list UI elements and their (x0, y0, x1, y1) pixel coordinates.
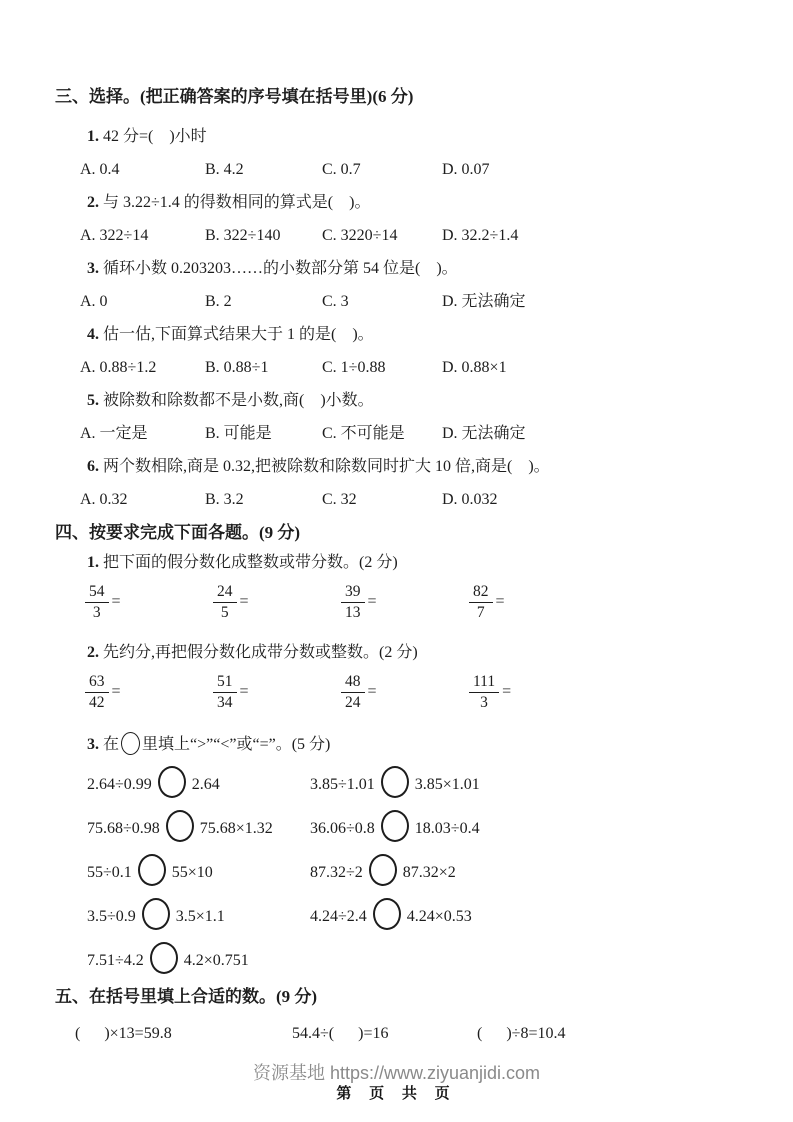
question-number: 1. (87, 128, 99, 145)
question-line-2: 2.与 3.22÷1.4 的得数相同的算式是( )。 (87, 192, 753, 214)
fill-blank-expression: ( )÷8=10.4 (477, 1022, 753, 1046)
answer-circle (158, 766, 186, 798)
expression-right: 3.5×1.1 (176, 908, 225, 925)
option-a: A. 0.32 (80, 489, 205, 511)
fraction-expression: 6342 = (85, 670, 213, 714)
question-text: 估一估,下面算式结果大于 1 的是( )。 (103, 326, 374, 343)
options-row-3: A. 0 B. 2 C. 3 D. 无法确定 (80, 291, 753, 313)
fraction-expression: 4824 = (341, 670, 469, 714)
option-d: D. 0.88×1 (442, 357, 753, 379)
comparison-row: 75.68÷0.9875.68×1.32 36.06÷0.818.03÷0.4 (87, 810, 753, 845)
fraction-numerator: 111 (469, 673, 499, 693)
option-d: D. 32.2÷1.4 (442, 225, 753, 247)
fraction-denominator: 5 (221, 603, 229, 622)
fraction-expression: 827 = (469, 580, 753, 624)
sub-item-text-after: 里填上“>”“<”或“=”。(5 分) (142, 736, 330, 753)
fraction-numerator: 63 (85, 673, 109, 693)
comparison-item: 87.32÷287.32×2 (310, 854, 753, 889)
answer-circle (142, 898, 170, 930)
comparison-item: 2.64÷0.992.64 (87, 766, 310, 801)
question-number: 5. (87, 392, 99, 409)
expression-left: 4.24÷2.4 (310, 908, 367, 925)
fraction-expression: 245 = (213, 580, 341, 624)
option-c: C. 3 (322, 291, 442, 313)
option-c: C. 32 (322, 489, 442, 511)
option-b: B. 0.88÷1 (205, 357, 322, 379)
expression-left: 3.5÷0.9 (87, 908, 136, 925)
question-line-4: 4.估一估,下面算式结果大于 1 的是( )。 (87, 324, 753, 346)
equals-sign: = (368, 683, 377, 701)
expression-right: 75.68×1.32 (200, 820, 273, 837)
comparison-item: 75.68÷0.9875.68×1.32 (87, 810, 310, 845)
expression-right: 2.64 (192, 776, 220, 793)
answer-circle (373, 898, 401, 930)
equals-sign: = (240, 683, 249, 701)
answer-circle (138, 854, 166, 886)
fraction-numerator: 54 (85, 583, 109, 603)
fraction: 5134 (213, 673, 237, 712)
comparison-item: 55÷0.155×10 (87, 854, 310, 889)
question-line-3: 3.循环小数 0.203203……的小数部分第 54 位是( )。 (87, 258, 753, 280)
options-row-5: A. 一定是 B. 可能是 C. 不可能是 D. 无法确定 (80, 423, 753, 445)
comparison-row: 3.5÷0.93.5×1.1 4.24÷2.44.24×0.53 (87, 898, 753, 933)
fraction-denominator: 42 (89, 693, 105, 712)
options-row-6: A. 0.32 B. 3.2 C. 32 D. 0.032 (80, 489, 753, 511)
answer-circle (381, 810, 409, 842)
answer-circle (150, 942, 178, 974)
sub-item-1-line: 1.把下面的假分数化成整数或带分数。(2 分) (87, 552, 753, 574)
page-footer: 资源基地 https://www.ziyuanjidi.com 第 页 共 页 (0, 1062, 793, 1103)
option-a: A. 0 (80, 291, 205, 313)
answer-circle (166, 810, 194, 842)
sub-item-text: 把下面的假分数化成整数或带分数。(2 分) (103, 554, 398, 571)
fraction-expression: 3913 = (341, 580, 469, 624)
sub-item-3-line: 3.在里填上“>”“<”或“=”。(5 分) (87, 732, 753, 756)
options-row-1: A. 0.4 B. 4.2 C. 0.7 D. 0.07 (80, 159, 753, 181)
option-b: B. 2 (205, 291, 322, 313)
comparison-item: 36.06÷0.818.03÷0.4 (310, 810, 753, 845)
section-3-title: 三、选择。(把正确答案的序号填在括号里)(6 分) (55, 86, 753, 108)
fraction: 543 (85, 583, 109, 622)
fraction-numerator: 48 (341, 673, 365, 693)
fill-blank-expression: ( )×13=59.8 (75, 1022, 292, 1046)
question-text: 两个数相除,商是 0.32,把被除数和除数同时扩大 10 倍,商是( )。 (103, 458, 550, 475)
options-row-2: A. 322÷14 B. 322÷140 C. 3220÷14 D. 32.2÷… (80, 225, 753, 247)
options-row-4: A. 0.88÷1.2 B. 0.88÷1 C. 1÷0.88 D. 0.88×… (80, 357, 753, 379)
expression-left: 87.32÷2 (310, 864, 363, 881)
comparison-row: 55÷0.155×10 87.32÷287.32×2 (87, 854, 753, 889)
equals-sign: = (496, 593, 505, 611)
question-line-1: 1.42 分=( )小时 (87, 126, 753, 148)
comparison-item: 3.5÷0.93.5×1.1 (87, 898, 310, 933)
equals-sign: = (368, 593, 377, 611)
fraction: 1113 (469, 673, 499, 712)
option-a: A. 0.88÷1.2 (80, 357, 205, 379)
fraction-denominator: 7 (477, 603, 485, 622)
comparison-item: 7.51÷4.24.2×0.751 (87, 942, 310, 977)
fraction-numerator: 82 (469, 583, 493, 603)
option-a: A. 一定是 (80, 423, 205, 445)
fraction-numerator: 24 (213, 583, 237, 603)
option-c: C. 1÷0.88 (322, 357, 442, 379)
fraction-denominator: 13 (345, 603, 361, 622)
option-a: A. 0.4 (80, 159, 205, 181)
fraction-denominator: 3 (480, 693, 488, 712)
comparison-row: 7.51÷4.24.2×0.751 (87, 942, 753, 977)
sub-item-text-before: 在 (103, 736, 119, 753)
question-text: 与 3.22÷1.4 的得数相同的算式是( )。 (103, 194, 370, 211)
equals-sign: = (502, 683, 511, 701)
answer-circle (369, 854, 397, 886)
option-b: B. 322÷140 (205, 225, 322, 247)
option-a: A. 322÷14 (80, 225, 205, 247)
sub-item-2-line: 2.先约分,再把假分数化成带分数或整数。(2 分) (87, 642, 753, 664)
option-c: C. 3220÷14 (322, 225, 442, 247)
fraction: 3913 (341, 583, 365, 622)
fraction-denominator: 34 (217, 693, 233, 712)
comparison-row: 2.64÷0.992.64 3.85÷1.013.85×1.01 (87, 766, 753, 801)
question-text: 42 分=( )小时 (103, 128, 207, 145)
site-credit: 资源基地 https://www.ziyuanjidi.com (0, 1062, 793, 1084)
expression-right: 3.85×1.01 (415, 776, 480, 793)
fraction: 827 (469, 583, 493, 622)
test-paper-page: 三、选择。(把正确答案的序号填在括号里)(6 分) 1.42 分=( )小时 A… (0, 0, 793, 1122)
fraction-denominator: 3 (93, 603, 101, 622)
question-text: 循环小数 0.203203……的小数部分第 54 位是( )。 (103, 260, 458, 277)
expression-left: 75.68÷0.98 (87, 820, 160, 837)
fraction-numerator: 39 (341, 583, 365, 603)
fraction: 6342 (85, 673, 109, 712)
equals-sign: = (112, 593, 121, 611)
fraction-expression: 1113 = (469, 670, 753, 714)
equals-sign: = (112, 683, 121, 701)
question-number: 2. (87, 194, 99, 211)
expression-right: 18.03÷0.4 (415, 820, 480, 837)
expression-right: 55×10 (172, 864, 213, 881)
fraction: 245 (213, 583, 237, 622)
option-b: B. 4.2 (205, 159, 322, 181)
expression-left: 36.06÷0.8 (310, 820, 375, 837)
fractions-row-1: 543 = 245 = 3913 = 827 = (85, 580, 753, 624)
question-number: 4. (87, 326, 99, 343)
section-5-title: 五、在括号里填上合适的数。(9 分) (55, 986, 753, 1008)
fractions-row-2: 6342 = 5134 = 4824 = 1113 = (85, 670, 753, 714)
sub-item-number: 1. (87, 554, 99, 571)
question-number: 6. (87, 458, 99, 475)
option-d: D. 无法确定 (442, 423, 753, 445)
question-line-6: 6.两个数相除,商是 0.32,把被除数和除数同时扩大 10 倍,商是( )。 (87, 456, 753, 478)
sub-item-number: 2. (87, 644, 99, 661)
question-text: 被除数和除数都不是小数,商( )小数。 (103, 392, 374, 409)
comparison-item-empty (310, 942, 753, 977)
comparison-item: 4.24÷2.44.24×0.53 (310, 898, 753, 933)
fill-blanks-row: ( )×13=59.8 54.4÷( )=16 ( )÷8=10.4 (75, 1022, 753, 1046)
fill-blank-expression: 54.4÷( )=16 (292, 1022, 477, 1046)
option-c: C. 0.7 (322, 159, 442, 181)
option-b: B. 可能是 (205, 423, 322, 445)
fraction-expression: 543 = (85, 580, 213, 624)
expression-right: 87.32×2 (403, 864, 456, 881)
expression-right: 4.2×0.751 (184, 952, 249, 969)
expression-left: 2.64÷0.99 (87, 776, 152, 793)
fraction: 4824 (341, 673, 365, 712)
option-c: C. 不可能是 (322, 423, 442, 445)
page-indicator: 第 页 共 页 (0, 1085, 793, 1103)
comparison-item: 3.85÷1.013.85×1.01 (310, 766, 753, 801)
section-4-title: 四、按要求完成下面各题。(9 分) (55, 522, 753, 544)
expression-left: 55÷0.1 (87, 864, 132, 881)
option-d: D. 0.07 (442, 159, 753, 181)
expression-right: 4.24×0.53 (407, 908, 472, 925)
expression-left: 3.85÷1.01 (310, 776, 375, 793)
sub-item-number: 3. (87, 736, 99, 753)
question-number: 3. (87, 260, 99, 277)
equals-sign: = (240, 593, 249, 611)
answer-circle (381, 766, 409, 798)
option-d: D. 0.032 (442, 489, 753, 511)
question-line-5: 5.被除数和除数都不是小数,商( )小数。 (87, 390, 753, 412)
fraction-numerator: 51 (213, 673, 237, 693)
option-d: D. 无法确定 (442, 291, 753, 313)
option-b: B. 3.2 (205, 489, 322, 511)
sub-item-text: 先约分,再把假分数化成带分数或整数。(2 分) (103, 644, 418, 661)
expression-left: 7.51÷4.2 (87, 952, 144, 969)
answer-circle (121, 732, 140, 755)
fraction-expression: 5134 = (213, 670, 341, 714)
fraction-denominator: 24 (345, 693, 361, 712)
